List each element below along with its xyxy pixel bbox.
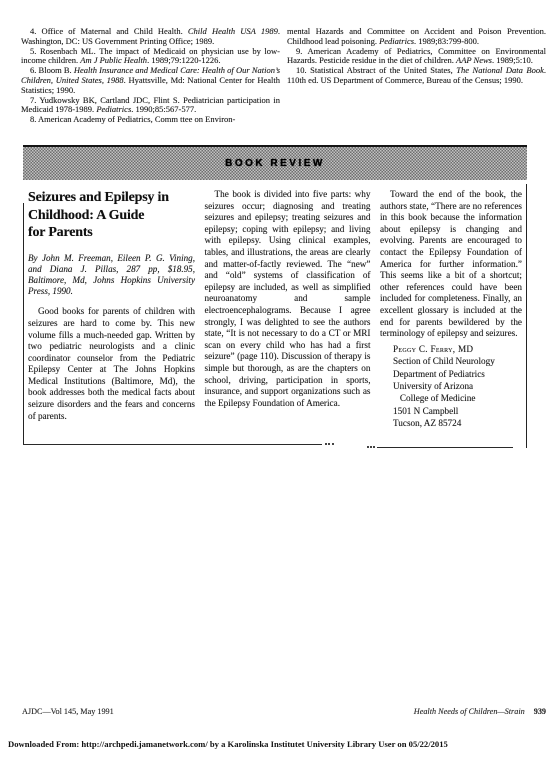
book-review-columns: Seizures and Epilepsy in Childhood: A Gu… — [23, 180, 527, 445]
book-review-badge-label: BOOK REVIEW — [225, 158, 325, 169]
rule-dots — [325, 443, 334, 445]
review-box-bottom-rule-left — [23, 444, 322, 446]
download-notice: Downloaded From: http://archpedi.jamanet… — [8, 739, 448, 749]
reviewer-signature: Peggy C. Ferry, MD Section of Child Neur… — [393, 343, 522, 430]
review-paragraph-1: Good books for parents of children with … — [28, 306, 195, 422]
review-box-right-border — [526, 184, 528, 448]
reference-text-segment: 8. American Academy of Pediatrics, Comm … — [30, 114, 235, 124]
references-column-left: 4. Office of Maternal and Child Health. … — [21, 27, 280, 125]
review-paragraph-2: The book is divided into five parts: why… — [205, 189, 371, 409]
page-footer: AJDC—Vol 145, May 1991 Health Needs of C… — [22, 707, 546, 716]
reviewer-address: Section of Child Neurology Department of… — [393, 355, 522, 429]
journal-page: { "references": { "left_column": [ {"ind… — [0, 0, 559, 760]
reference-item: 8. American Academy of Pediatrics, Comm … — [21, 115, 280, 125]
reference-text-segment: 6. Bloom B. — [30, 65, 74, 75]
review-box-left-border — [23, 203, 24, 445]
reference-item: 7. Yudkowsky BK, Cartland JDC, Flint S. … — [21, 96, 280, 116]
reference-item: 9. American Academy of Pediatrics, Commi… — [287, 47, 546, 67]
book-review-badge: BOOK REVIEW — [23, 145, 527, 180]
reference-item: mental Hazards and Committee on Accident… — [287, 27, 546, 47]
reference-text-segment: Am J Public Health — [80, 55, 147, 65]
reference-text-segment: Pediatrics — [379, 36, 414, 46]
running-head-title: Health Needs of Children—Strain — [414, 707, 525, 716]
review-box-bottom-rule-right — [377, 447, 513, 449]
reference-text-segment: AAP News — [456, 55, 492, 65]
journal-citation: AJDC—Vol 145, May 1991 — [22, 707, 114, 716]
reference-text-segment: The National Data Book — [456, 65, 544, 75]
rule-dots — [367, 446, 375, 448]
page-number: 939 — [534, 707, 546, 716]
review-paragraph-3: Toward the end of the book, the authors … — [380, 189, 522, 340]
reference-item: 10. Statistical Abstract of the United S… — [287, 66, 546, 86]
reference-text-segment: 4. Office of Maternal and Child Health. — [30, 26, 188, 36]
reference-text-segment: Pediatrics — [96, 104, 131, 114]
review-column-3: Toward the end of the book, the authors … — [380, 189, 522, 431]
running-head: Health Needs of Children—Strain939 — [414, 707, 546, 716]
reference-item: 6. Bloom B. Health Insurance and Medical… — [21, 66, 280, 95]
reference-text-segment: 10. Statistical Abstract of the United S… — [296, 65, 456, 75]
reference-text-segment: . 1989;83:799-800. — [414, 36, 479, 46]
reference-text-segment: Child Health USA 1989 — [188, 26, 278, 36]
reference-text-segment: . 1989;79:1220-1226. — [147, 55, 220, 65]
references-column-right: mental Hazards and Committee on Accident… — [287, 27, 546, 125]
book-review-section: BOOK REVIEW Seizures and Epilepsy in Chi… — [23, 145, 527, 445]
review-column-2: The book is divided into five parts: why… — [205, 189, 371, 431]
reference-item: 5. Rosenbach ML. The impact of Medicaid … — [21, 47, 280, 67]
book-title: Seizures and Epilepsy in Childhood: A Gu… — [28, 189, 195, 242]
review-column-1: Seizures and Epilepsy in Childhood: A Gu… — [28, 189, 195, 431]
book-byline: By John M. Freeman, Eileen P. G. Vining,… — [28, 253, 195, 298]
reference-item: 4. Office of Maternal and Child Health. … — [21, 27, 280, 47]
references-section: 4. Office of Maternal and Child Health. … — [21, 27, 546, 125]
reference-text-segment: . 1989;5:10. — [492, 55, 533, 65]
reference-text-segment: . 1990;85:567-577. — [131, 104, 196, 114]
reviewer-name: Peggy C. Ferry, MD — [393, 343, 522, 355]
